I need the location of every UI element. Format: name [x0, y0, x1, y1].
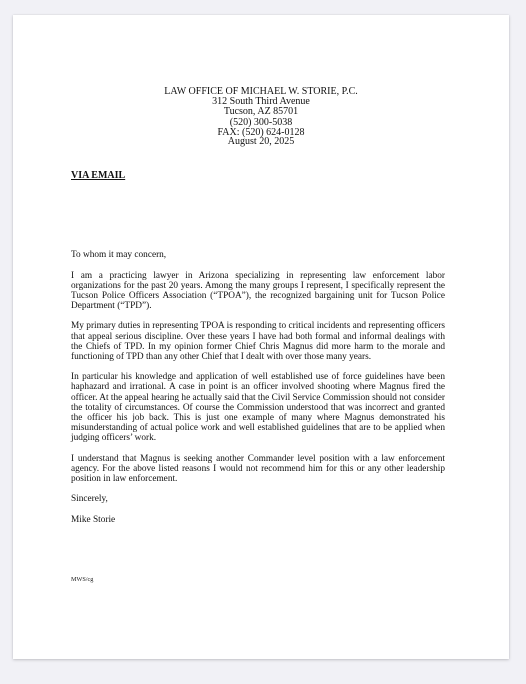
paragraph-2: My primary duties in representing TPOA i…	[71, 321, 445, 361]
paragraph-3: In particular his knowledge and applicat…	[71, 372, 445, 443]
letter-date: August 20, 2025	[13, 136, 509, 147]
salutation: To whom it may concern,	[71, 250, 445, 260]
signature: Mike Storie	[71, 515, 445, 525]
paragraph-1: I am a practicing lawyer in Arizona spec…	[71, 271, 445, 311]
closing: Sincerely,	[71, 494, 445, 504]
paragraph-4: I understand that Magnus is seeking anot…	[71, 454, 445, 484]
letterhead: LAW OFFICE OF MICHAEL W. STORIE, P.C. 31…	[13, 87, 509, 138]
letter-page: LAW OFFICE OF MICHAEL W. STORIE, P.C. 31…	[13, 15, 509, 659]
delivery-method: VIA EMAIL	[71, 170, 125, 181]
letter-body: To whom it may concern, I am a practicin…	[71, 250, 445, 535]
typist-initials: MWS/cg	[71, 576, 93, 583]
